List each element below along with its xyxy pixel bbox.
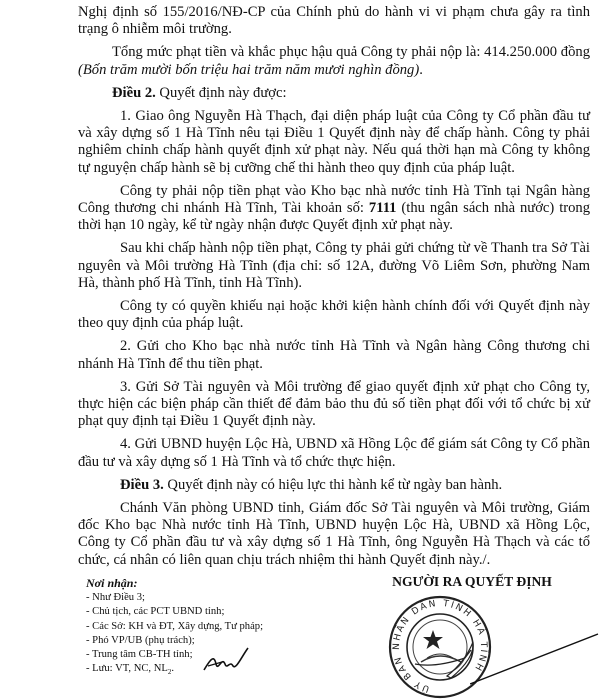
paragraph-decree-ref: Nghị định số 155/2016/NĐ-CP của Chính ph… <box>78 4 590 38</box>
article-3-heading: Điều 3. Quyết định này có hiệu lực thi h… <box>78 477 590 494</box>
paragraph-appeal-right: Công ty có quyền khiếu nại hoặc khởi kiệ… <box>78 298 590 332</box>
article-3-label: Điều 3. <box>120 477 164 493</box>
paragraph-total-fine: Tổng mức phạt tiền và khắc phục hậu quả … <box>78 44 590 78</box>
paragraph-payment: Công ty phải nộp tiền phạt vào Kho bạc n… <box>78 183 590 235</box>
paragraph-item-3: 3. Gửi Sở Tài nguyên và Môi trường để gi… <box>78 379 590 431</box>
recipient-item: - Các Sở: KH và ĐT, Xây dựng, Tư pháp; <box>86 620 296 634</box>
article-2-heading: Điều 2. Quyết định này được: <box>78 85 590 102</box>
article-2-label: Điều 2. <box>112 85 156 101</box>
article-3-text: Quyết định này có hiệu lực thi hành kể t… <box>164 477 502 493</box>
recipients-title: Nơi nhận: <box>86 576 296 590</box>
recipient-item: - Lưu: VT, NC, NL2. <box>86 662 296 679</box>
total-fine-words: (Bốn trăm mười bốn triệu hai trăm năm mư… <box>78 62 419 78</box>
recipient-item: - Trung tâm CB-TH tỉnh; <box>86 648 296 662</box>
recipient-archive: - Lưu: VT, NC, NL <box>86 663 168 674</box>
paragraph-item-2: 2. Gửi cho Kho bạc nhà nước tỉnh Hà Tĩnh… <box>78 338 590 372</box>
initials-signature-icon <box>200 646 250 676</box>
article-2-text: Quyết định này được: <box>156 85 287 101</box>
total-fine-end: . <box>419 62 423 78</box>
account-number: 7111 <box>369 200 397 216</box>
recipients-block: Nơi nhận: - Như Điều 3; - Chủ tịch, các … <box>86 576 296 680</box>
paragraph-item-1: 1. Giao ông Nguyễn Hà Thạch, đại diện ph… <box>78 108 590 177</box>
recipient-item: - Phó VP/UB (phụ trách); <box>86 634 296 648</box>
recipient-item: - Như Điều 3; <box>86 591 296 605</box>
signature-stroke-icon <box>470 630 600 690</box>
paragraph-after-payment: Sau khi chấp hành nộp tiền phạt, Công ty… <box>78 240 590 292</box>
document-page: Nghị định số 155/2016/NĐ-CP của Chính ph… <box>0 0 600 700</box>
paragraph-responsibility: Chánh Văn phòng UBND tỉnh, Giám đốc Sở T… <box>78 500 590 569</box>
recipient-item: - Chủ tịch, các PCT UBND tỉnh; <box>86 605 296 619</box>
paragraph-item-4: 4. Gửi UBND huyện Lộc Hà, UBND xã Hồng L… <box>78 436 590 470</box>
signer-title: NGƯỜI RA QUYẾT ĐỊNH <box>372 574 572 590</box>
recipient-archive-end: . <box>171 663 174 674</box>
document-body: Nghị định số 155/2016/NĐ-CP của Chính ph… <box>78 4 590 575</box>
total-fine-text: Tổng mức phạt tiền và khắc phục hậu quả … <box>112 44 590 60</box>
